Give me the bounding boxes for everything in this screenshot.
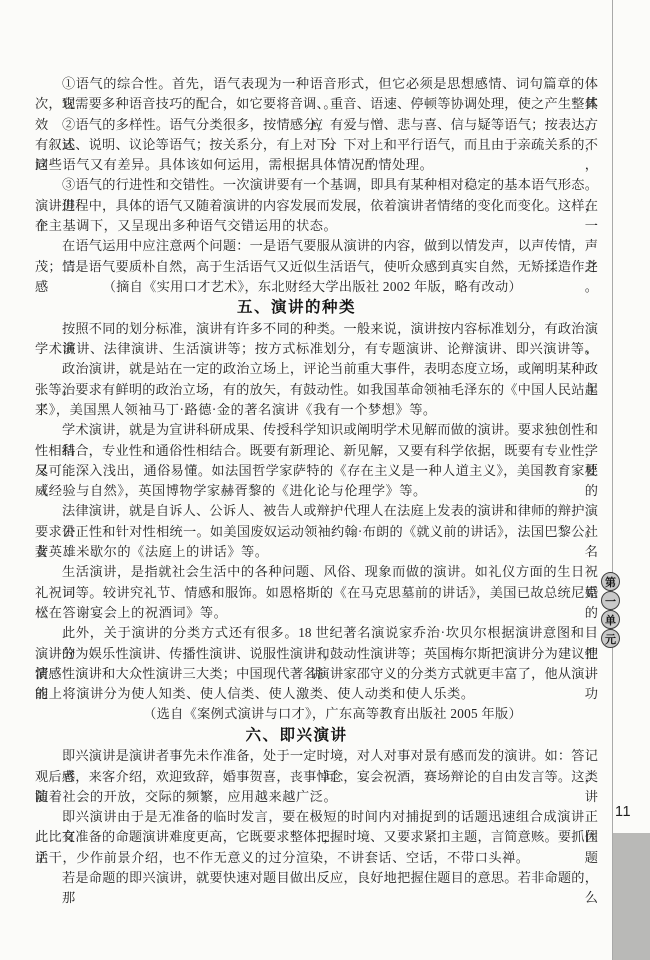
text-line: 情感性演讲和大众性演讲三大类；中国现代著名演讲家邵守义的分类方式就更丰富了，他从…: [35, 664, 598, 684]
unit-badge-char: 第: [601, 572, 620, 591]
text-line: 此比有准备的命题演讲难度更高，它既要求整体把握时境、又要求紧扣主题，言简意赅。要…: [35, 827, 598, 847]
text-line: 生活演讲，是指就社会生活中的各种问题、风俗、现象而做的演讲。如礼仪方面的生日祝词…: [35, 562, 598, 582]
text-line: 尽可能深入浅出，通俗易懂。如法国哲学家萨特的《存在主义是一种人道主义》，美国教育…: [35, 461, 598, 481]
page-corner-tab: [613, 833, 650, 960]
source-attribution: （选自《案例式演讲与口才》，广东高等教育出版社 2005 年版）: [35, 704, 598, 724]
unit-marker: 第 一 单 元: [601, 572, 620, 648]
paragraph: 在语气运用中应注意两个问题：一是语气要服从演讲的内容，做到以情发声，以声传情，声…: [35, 236, 598, 277]
text-line: 若是命题的即兴演讲，就要快速对题目做出反应，良好地把握住题目的意思。若非命题的，…: [35, 868, 598, 888]
text-line: 政治演讲，就是站在一定的政治立场上，评论当前重大事件，表明态度立场，或阐明某种政…: [35, 359, 598, 379]
text-line: 学术演讲、法律演讲、生活演讲等；按方式标准划分，有专题演讲、论辩演讲、即兴演讲等…: [35, 339, 598, 359]
paragraph: 政治演讲，就是站在一定的政治立场上，评论当前重大事件，表明态度立场，或阐明某种政…: [35, 359, 598, 420]
page-number: 11: [615, 804, 631, 820]
text-line: 张等。要求有鲜明的政治立场，有的放矢，有鼓动性。如我国革命领袖毛泽东的《中国人民…: [35, 380, 598, 400]
paragraph: ③语气的行进性和交错性。一次演讲要有一个基调，即具有某种相对稳定的基本语气形态。…: [35, 175, 598, 236]
text-line: 有叙述、说明、议论等语气；按关系分，有上对下、下对上和平行语气，而且由于亲疏关系…: [35, 135, 598, 155]
text-column: ①语气的综合性。首先，语气表现为一种语音形式，但它必须是思想感情、词句篇章的体现…: [35, 74, 598, 888]
paragraph: 此外，关于演讲的分类方式还有很多。18 世纪著名演说家乔治·坎贝尔根据演讲意图和…: [35, 623, 598, 704]
unit-badge-char: 单: [601, 610, 620, 629]
paragraph: 按照不同的划分标准，演讲有许多不同的种类。一般来说，演讲按内容标准划分，有政治演…: [35, 319, 598, 360]
paragraph: 若是命题的即兴演讲，就要快速对题目做出反应，良好地把握住题目的意思。若非命题的，…: [35, 868, 598, 888]
text-line: 观后感，来客介绍，欢迎致辞，婚事贺喜，丧事悼念，宴会祝酒，赛场辩论的自由发言等。…: [35, 767, 598, 787]
unit-badge-char: 一: [601, 591, 620, 610]
text-line: 此外，关于演讲的分类方式还有很多。18 世纪著名演说家乔治·坎贝尔根据演讲意图和…: [35, 623, 598, 643]
text-line: 演讲进程中，具体的语气又随着演讲的内容发展而发展，依着演讲者情绪的变化而变化。这…: [35, 196, 598, 216]
page-edge-rule: [612, 0, 613, 960]
text-line: 即兴演讲是演讲者事先未作准备，处于一定时境，对人对事对景有感而发的演讲。如：答记…: [35, 746, 598, 766]
paragraph: ②语气的多样性。语气分类很多，按情感分，有爱与憎、悲与喜、信与疑等语气；按表达方…: [35, 115, 598, 176]
text-line: 次，它需要多种语音技巧的配合，如它要将音调、重音、语速、停顿等协调处理，使之产生…: [35, 94, 598, 114]
text-line: 礼祝词等。较讲究礼节、情感和服饰。如恩格斯的《在马克思墓前的讲话》，美国已故总统…: [35, 583, 598, 603]
section-heading: 五、演讲的种类: [35, 297, 558, 319]
text-line: ②语气的多样性。语气分类很多，按情感分，有爱与憎、悲与喜、信与疑等语气；按表达方…: [35, 115, 598, 135]
paragraph: 生活演讲，是指就社会生活中的各种问题、风俗、现象而做的演讲。如礼仪方面的生日祝词…: [35, 562, 598, 623]
paragraph: 学术演讲，就是为宣讲科研成果、传授科学知识或阐明学术见解而做的演讲。要求独创性和…: [35, 420, 598, 501]
text-line: 性相结合，专业性和通俗性相结合。既要有新理论、新见解，又要有科学依据，既要有专业…: [35, 441, 598, 461]
paragraph: 法律演讲，就是自诉人、公诉人、被告人或辩护代理人在法庭上发表的演讲和律师的辩护演…: [35, 501, 598, 562]
text-line: 学术演讲，就是为宣讲科研成果、传授科学知识或阐明学术见解而做的演讲。要求独创性和…: [35, 420, 598, 440]
text-line: ①语气的综合性。首先，语气表现为一种语音形式，但它必须是思想感情、词句篇章的体现…: [35, 74, 598, 94]
section-heading: 六、即兴演讲: [35, 725, 558, 747]
text-line: 了》，美国黑人领袖马丁·路德·金的著名演讲《我有一个梦想》等。: [35, 400, 598, 420]
paragraph: ①语气的综合性。首先，语气表现为一种语音形式，但它必须是思想感情、词句篇章的体现…: [35, 74, 598, 115]
paragraph: 即兴演讲由于是无准备的临时发言，要在极短的时间内对捕捉到的话题迅速组合成演讲正文…: [35, 807, 598, 868]
source-attribution: （摘自《实用口才艺术》，东北财经大学出版社 2002 年版，略有改动）: [35, 277, 598, 297]
text-line: 主干，少作前景介绍，也不作无意义的过分渲染，不讲套话、空话，不带口头禅。: [35, 848, 598, 868]
text-line: 按照不同的划分标准，演讲有许多不同的种类。一般来说，演讲按内容标准划分，有政治演…: [35, 319, 598, 339]
text-line: 要求公正性和针对性相统一。如美国废奴运动领袖约翰·布朗的《就义前的讲话》，法国巴…: [35, 522, 598, 542]
text-line: 茂；二是语气要质朴自然，高于生活语气又近似生活语气，使听众感到真实自然，无矫揉造…: [35, 257, 598, 277]
text-line: 在语气运用中应注意两个问题：一是语气要服从演讲的内容，做到以情发声，以声传情，声…: [35, 236, 598, 256]
text-line: 演讲分为娱乐性演讲、传播性演讲、说服性演讲和鼓动性演讲等；英国梅尔斯把演讲分为建…: [35, 644, 598, 664]
unit-badge-char: 元: [601, 629, 620, 648]
text-line: 法律演讲，就是自诉人、公诉人、被告人或辩护代理人在法庭上发表的演讲和律师的辩护演…: [35, 501, 598, 521]
paragraph: 即兴演讲是演讲者事先未作准备，处于一定时境，对人对事对景有感而发的演讲。如：答记…: [35, 746, 598, 807]
text-line: ③语气的行进性和交错性。一次演讲要有一个基调，即具有某种相对稳定的基本语气形态。…: [35, 175, 598, 195]
text-line: 即兴演讲由于是无准备的临时发言，要在极短的时间内对捕捉到的话题迅速组合成演讲正文…: [35, 807, 598, 827]
